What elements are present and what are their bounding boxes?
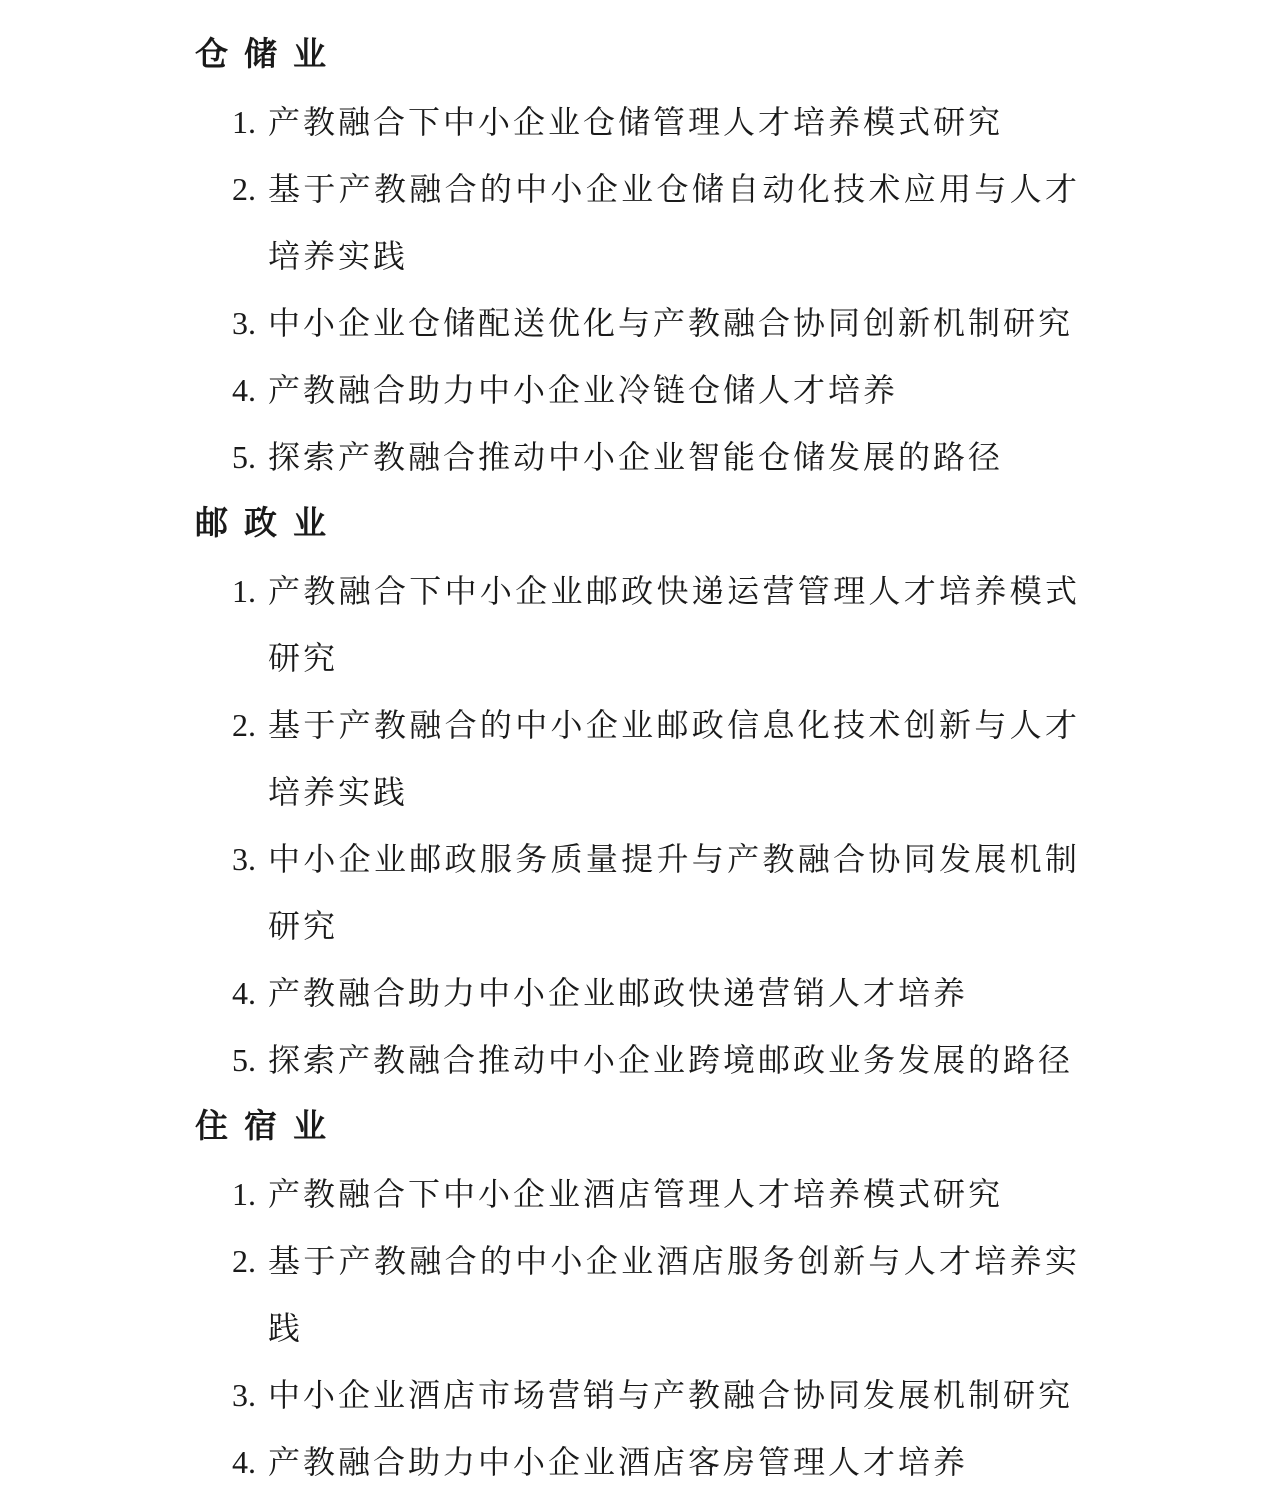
list-item: 3. 中小企业仓储配送优化与产教融合协同创新机制研究 [195, 290, 1080, 357]
item-number: 3. [232, 826, 268, 893]
section-heading-accommodation: 住宿业 [195, 1094, 1080, 1161]
item-number: 1. [232, 1161, 268, 1228]
list-item: 3. 中小企业邮政服务质量提升与产教融合协同发展机制研究 [195, 826, 1080, 960]
item-number: 1. [232, 558, 268, 625]
list-item: 2. 基于产教融合的中小企业酒店服务创新与人才培养实践 [195, 1228, 1080, 1362]
item-text: 基于产教融合的中小企业酒店服务创新与人才培养实践 [268, 1243, 1080, 1346]
item-number: 2. [232, 156, 268, 223]
list-item: 4. 产教融合助力中小企业冷链仓储人才培养 [195, 357, 1080, 424]
item-text: 中小企业仓储配送优化与产教融合协同创新机制研究 [268, 305, 1073, 341]
item-text: 中小企业邮政服务质量提升与产教融合协同发展机制研究 [268, 841, 1080, 944]
section-heading-warehousing: 仓储业 [195, 22, 1080, 89]
list-item: 4. 产教融合助力中小企业邮政快递营销人才培养 [195, 960, 1080, 1027]
list-item: 1. 产教融合下中小企业仓储管理人才培养模式研究 [195, 89, 1080, 156]
document-page: 仓储业 1. 产教融合下中小企业仓储管理人才培养模式研究 2. 基于产教融合的中… [195, 22, 1080, 1496]
item-text: 产教融合助力中小企业冷链仓储人才培养 [268, 372, 898, 408]
item-number: 3. [232, 1362, 268, 1429]
item-text: 产教融合下中小企业邮政快递运营管理人才培养模式研究 [268, 573, 1080, 676]
section-heading-postal: 邮政业 [195, 491, 1080, 558]
item-number: 4. [232, 1429, 268, 1496]
item-text: 产教融合助力中小企业酒店客房管理人才培养 [268, 1444, 968, 1480]
list-item: 1. 产教融合下中小企业酒店管理人才培养模式研究 [195, 1161, 1080, 1228]
item-number: 4. [232, 357, 268, 424]
list-item: 2. 基于产教融合的中小企业邮政信息化技术创新与人才培养实践 [195, 692, 1080, 826]
item-number: 4. [232, 960, 268, 1027]
item-text: 基于产教融合的中小企业邮政信息化技术创新与人才培养实践 [268, 707, 1080, 810]
list-item: 5. 探索产教融合推动中小企业跨境邮政业务发展的路径 [195, 1027, 1080, 1094]
item-text: 产教融合下中小企业酒店管理人才培养模式研究 [268, 1176, 1003, 1212]
item-text: 产教融合下中小企业仓储管理人才培养模式研究 [268, 104, 1003, 140]
item-text: 探索产教融合推动中小企业跨境邮政业务发展的路径 [268, 1042, 1073, 1078]
item-number: 2. [232, 1228, 268, 1295]
item-number: 1. [232, 89, 268, 156]
item-number: 5. [232, 424, 268, 491]
item-text: 产教融合助力中小企业邮政快递营销人才培养 [268, 975, 968, 1011]
item-text: 探索产教融合推动中小企业智能仓储发展的路径 [268, 439, 1003, 475]
list-item: 3. 中小企业酒店市场营销与产教融合协同发展机制研究 [195, 1362, 1080, 1429]
item-number: 5. [232, 1027, 268, 1094]
item-text: 中小企业酒店市场营销与产教融合协同发展机制研究 [268, 1377, 1073, 1413]
list-item: 2. 基于产教融合的中小企业仓储自动化技术应用与人才培养实践 [195, 156, 1080, 290]
list-item: 5. 探索产教融合推动中小企业智能仓储发展的路径 [195, 424, 1080, 491]
item-number: 2. [232, 692, 268, 759]
item-number: 3. [232, 290, 268, 357]
list-item: 1. 产教融合下中小企业邮政快递运营管理人才培养模式研究 [195, 558, 1080, 692]
item-text: 基于产教融合的中小企业仓储自动化技术应用与人才培养实践 [268, 171, 1080, 274]
list-item: 4. 产教融合助力中小企业酒店客房管理人才培养 [195, 1429, 1080, 1496]
